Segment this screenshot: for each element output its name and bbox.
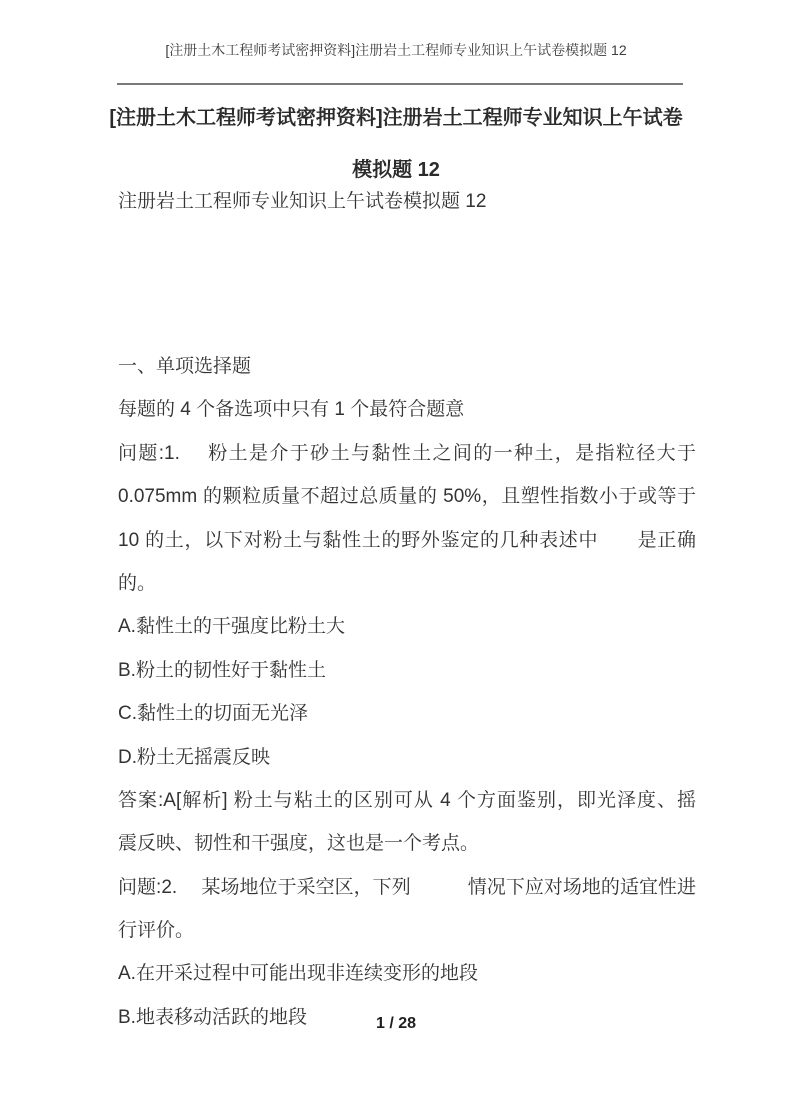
question-1-text-line-4: 的。: [118, 562, 696, 605]
header-divider: [117, 83, 683, 85]
question-1-answer-line-1: 答案:A[解析] 粉土与粘土的区别可从 4 个方面鉴别，即光泽度、摇: [118, 779, 696, 822]
question-1-text-line-1: 问题:1. 粉土是介于砂土与黏性土之间的一种土，是指粒径大于: [118, 432, 696, 475]
question-1-answer-line-2: 震反映、韧性和干强度，这也是一个考点。: [118, 822, 696, 865]
question-2-text-line-2: 行评价。: [118, 909, 696, 952]
question-1-option-a: A.黏性土的干强度比粉土大: [118, 605, 696, 648]
document-subtitle: 注册岩土工程师专业知识上午试卷模拟题 12: [118, 185, 696, 219]
question-1-text-line-3: 10 的土，以下对粉土与黏性土的野外鉴定的几种表述中 是正确: [118, 519, 696, 562]
question-1-text-line-2: 0.075mm 的颗粒质量不超过总质量的 50%，且塑性指数小于或等于: [118, 475, 696, 518]
question-2-option-a: A.在开采过程中可能出现非连续变形的地段: [118, 952, 696, 995]
section-heading: 一、单项选择题: [118, 345, 696, 388]
section-instruction: 每题的 4 个备选项中只有 1 个最符合题意: [118, 388, 696, 431]
document-title: [注册土木工程师考试密押资料]注册岩土工程师专业知识上午试卷模拟题 12: [106, 92, 686, 196]
running-header: [注册土木工程师考试密押资料]注册岩土工程师专业知识上午试卷模拟题 12: [0, 40, 792, 60]
question-1-option-c: C.黏性土的切面无光泽: [118, 692, 696, 735]
page-number: 1 / 28: [0, 1013, 792, 1035]
question-1-option-b: B.粉土的韧性好于黏性土: [118, 649, 696, 692]
document-body: 一、单项选择题 每题的 4 个备选项中只有 1 个最符合题意 问题:1. 粉土是…: [118, 345, 696, 1039]
question-2-text-line-1: 问题:2. 某场地位于采空区，下列 情况下应对场地的适宜性进: [118, 866, 696, 909]
question-1-option-d: D.粉土无摇震反映: [118, 736, 696, 779]
